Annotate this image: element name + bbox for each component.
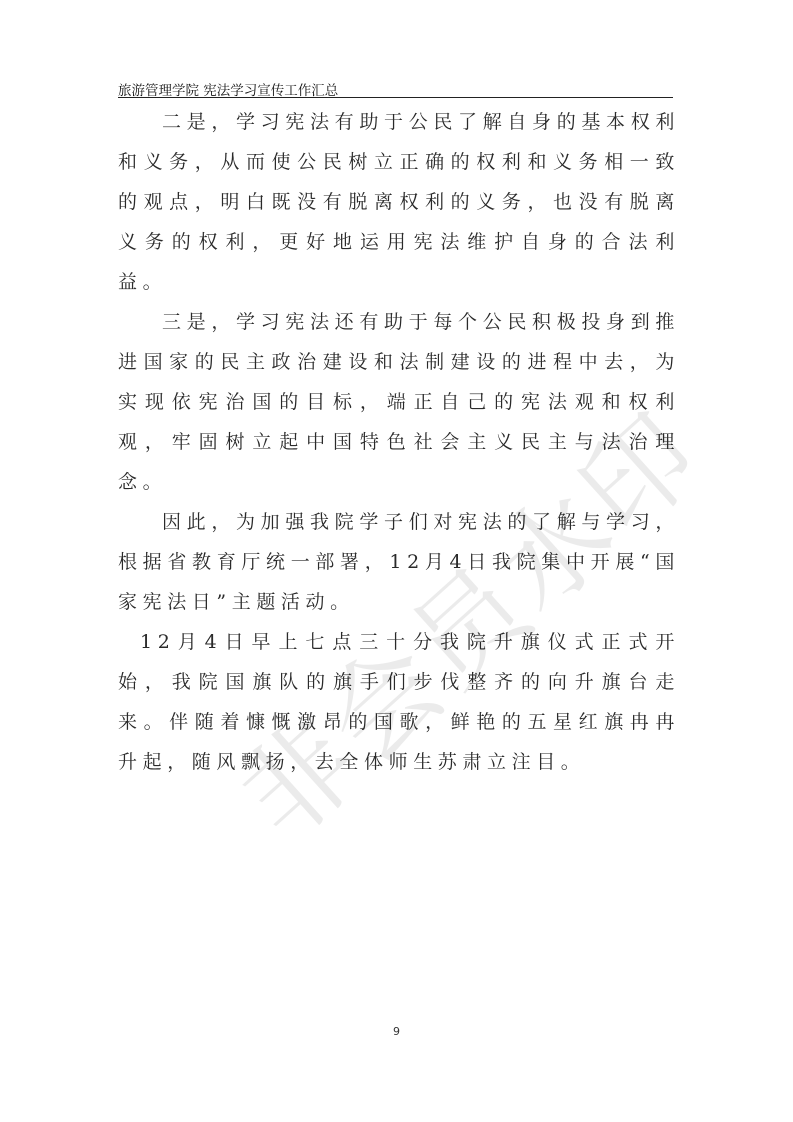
paragraph-flag-ceremony: 12月4日早上七点三十分我院升旗仪式正式开始，我院国旗队的旗手们步伐整齐的向升旗… [118, 622, 680, 782]
paragraph-second-point: 二是，学习宪法有助于公民了解自身的基本权利和义务，从而使公民树立正确的权利和义务… [118, 102, 680, 302]
paragraph-third-point: 三是，学习宪法还有助于每个公民积极投身到推进国家的民主政治建设和法制建设的进程中… [118, 302, 680, 502]
document-body: 二是，学习宪法有助于公民了解自身的基本权利和义务，从而使公民树立正确的权利和义务… [118, 102, 680, 782]
page-number: 9 [393, 1025, 400, 1038]
running-header: 旅游管理学院 宪法学习宣传工作汇总 [118, 79, 338, 99]
paragraph-therefore: 因此，为加强我院学子们对宪法的了解与学习，根据省教育厅统一部署，12月4日我院集… [118, 502, 680, 622]
header-divider [118, 97, 673, 98]
